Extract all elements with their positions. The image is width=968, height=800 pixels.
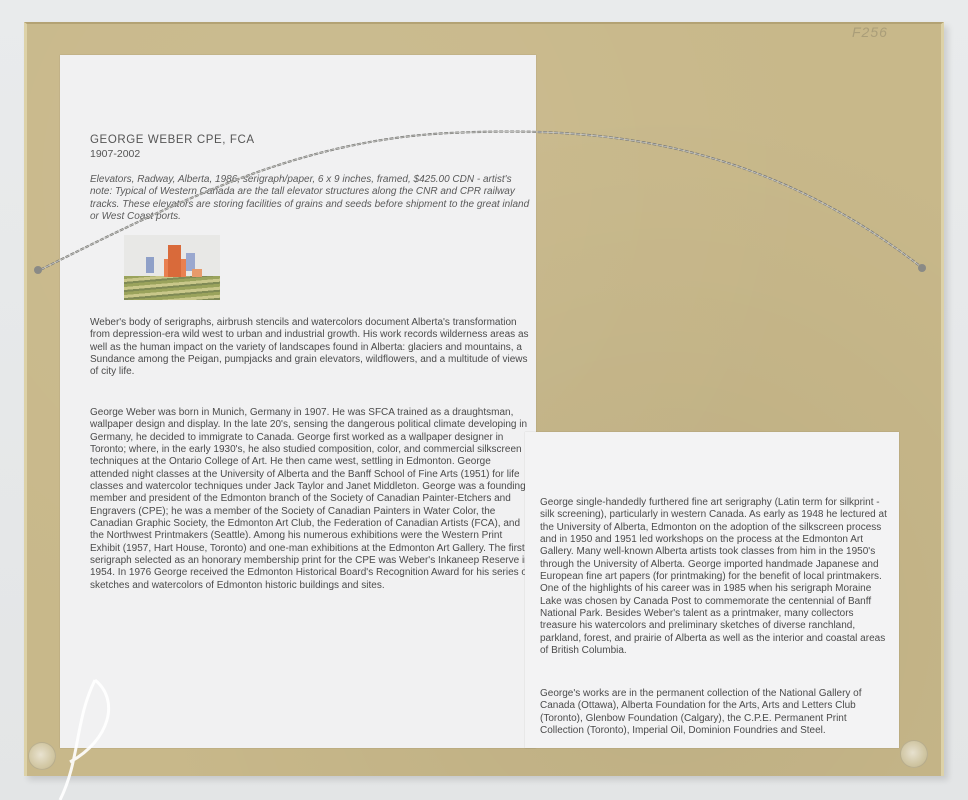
collections-paragraph: George's works are in the permanent coll… — [540, 688, 890, 737]
thumbnail-shed — [192, 269, 202, 277]
pencil-inventory-mark: F256 — [852, 24, 888, 40]
thumbnail-ground — [124, 276, 220, 300]
artwork-thumbnail — [124, 235, 220, 300]
artist-label-left: GEORGE WEBER CPE, FCA 1907-2002 Elevator… — [60, 55, 536, 748]
bio-paragraph-3: George single-handedly furthered fine ar… — [540, 497, 890, 657]
bio-paragraph-2: George Weber was born in Munich, Germany… — [90, 407, 530, 592]
bio-paragraph-1: Weber's body of serigraphs, airbrush ste… — [90, 317, 530, 379]
artist-name: GEORGE WEBER CPE, FCA — [90, 134, 255, 146]
bumper-pad-left — [28, 742, 56, 770]
bumper-pad-right — [900, 740, 928, 768]
artist-dates: 1907-2002 — [90, 148, 140, 160]
artist-label-right: George single-handedly furthered fine ar… — [525, 432, 899, 748]
artwork-caption: Elevators, Radway, Alberta, 1986, serigr… — [90, 174, 530, 224]
thumbnail-elevator-tower — [168, 245, 181, 277]
thumbnail-elevator-left — [146, 257, 154, 273]
